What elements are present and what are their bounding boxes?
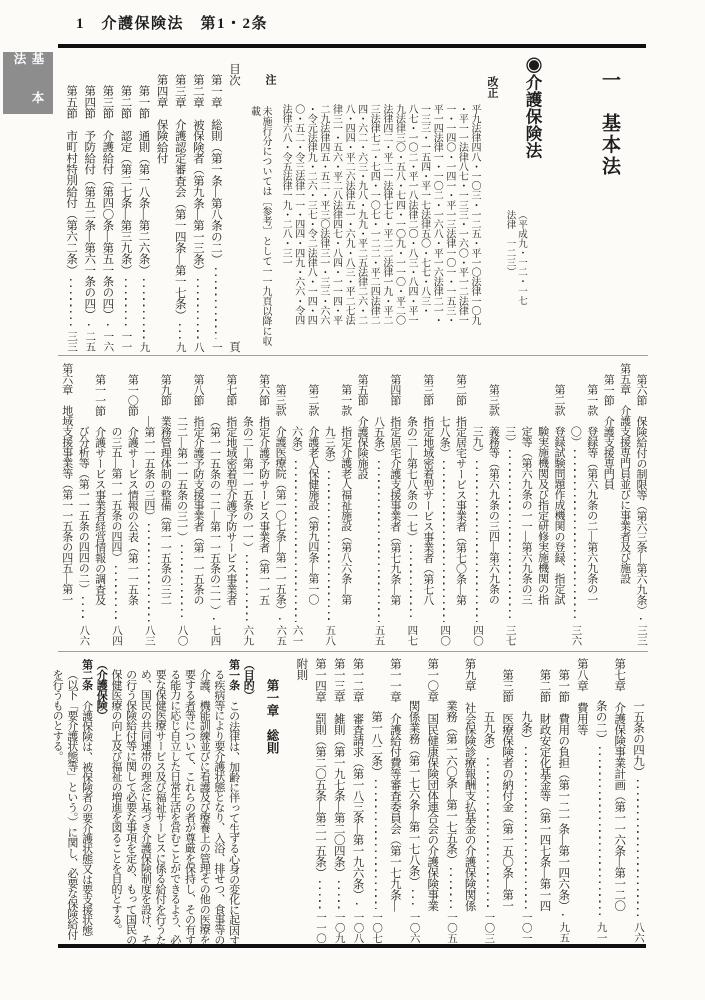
toc-column: 第二款 介護老人保健施設（第九四条―第一〇: [304, 363, 320, 646]
toc-page-number: 一一〇: [310, 912, 329, 944]
amendment-column: 律三一・五六・平二八法律四七・八四・一一四・平: [329, 104, 342, 334]
band-divider: [58, 355, 648, 356]
column-text: 第一章 総則（第一条―第八条の二）: [207, 74, 225, 264]
toc-column: 九三条）五八: [321, 363, 337, 646]
toc-page-number: 一〇一: [516, 912, 535, 944]
toc-column: （第一一五条の一二―第一一五条の二一）七四: [206, 363, 222, 646]
column-text: （以下「要介護状態等」という。）に関し、必要な保険給付: [64, 669, 79, 939]
toc-page-number: 五八: [321, 625, 337, 646]
column-text: 保健医療の向上及び福祉の増進を図ることを目的とする。: [108, 669, 123, 934]
toc-column: 第五節 市町村特別給付（第六二条）三三: [62, 63, 80, 352]
toc-column: 七八条）四〇: [436, 363, 452, 646]
column-text: 第三節 医療保険者の納付金（第一五〇条―第一: [497, 669, 516, 911]
column-text: 第一四章 罰則（第二〇五条―第二一五条）: [310, 658, 329, 878]
column-text: 第一款 登録等（第六九条の二―第六九条の一: [583, 384, 599, 605]
column-text: 要する者等について、これらの者が尊厳を保持し、その有す: [182, 669, 197, 944]
column-text: 第四節 指定居宅介護支援事業者（第七九条―第: [387, 374, 403, 605]
toc-column: 第二章 被保険者（第九条―第一三条）八: [189, 63, 207, 352]
column-text: 九法律三〇・五八・七四・一〇九・一一〇・平二〇: [392, 104, 405, 325]
toc-column: 第五章 介護支援専門員並びに事業者及び施設: [616, 363, 632, 646]
column-text: 第一三章 雑則（第一九七条―第二〇四条）: [329, 658, 348, 878]
column-text: 第二款 登録試験問題作成機関の登録、指定試: [551, 384, 567, 605]
column-text: ・平一一法律八七・一三三・一六〇・平一二法律一: [455, 104, 468, 325]
toc-page-number: 四〇: [469, 625, 485, 646]
column-text: 第一八二条）: [366, 711, 385, 777]
column-text: 平九法律四八・一〇三・一二五・平一〇法律一〇九: [467, 104, 480, 325]
dotted-leader: [288, 461, 304, 623]
toc-page-number: 九一: [591, 922, 610, 943]
column-text: 第一〇節 介護サービス情報の公表（第一一五条: [124, 374, 140, 605]
column-text: 第一〇章 国民健康保険団体連合会の介護保険事業: [423, 658, 442, 911]
article-line: 要な保健医療サービス及び福祉サービスに係る給付を行うた: [152, 659, 167, 942]
toc-page-number: 一〇八: [348, 912, 367, 944]
column-text: る能力に応じ自立した日常生活を営むことができるよう、必: [167, 669, 182, 944]
toc-column: 定等（第六九条の一一―第六九条の三: [518, 363, 534, 646]
dotted-leader: [173, 545, 189, 623]
band-divider: [58, 651, 648, 652]
amendment-column: 二九法律四五・五二・平三〇法律三一・三三・六六: [316, 104, 329, 334]
articles-text: 第一章 総則（目的）第一条 この法律は、加齢に伴って生ずる心身の変化に起因する疾…: [56, 659, 290, 942]
toc-column: 三）三七: [501, 363, 517, 646]
toc-column: 〇）三六: [567, 363, 583, 646]
toc-page-number: 八六: [628, 922, 647, 943]
dotted-leader: [633, 618, 649, 622]
article-line: 要する者等について、これらの者が尊厳を保持し、その有す: [182, 659, 197, 942]
toc-band-1: 目次 頁 第一章 総則（第一条―第八条の二）一第二章 被保険者（第九条―第一三条…: [60, 63, 243, 352]
dotted-leader: [553, 914, 572, 920]
dotted-leader: [516, 747, 535, 909]
column-text: 第三章 介護認定審査会（第一四条―第一七条）: [171, 74, 189, 320]
dotted-leader: [62, 279, 80, 328]
toc-page-number: 一一: [116, 331, 134, 352]
column-text: 法律四二・平二一法律七七・平二二法律一九・平二: [379, 104, 392, 325]
amendment-column: 法律四二・平二一法律七七・平二二法律一九・平二: [379, 104, 392, 334]
toc-column: 第七節 指定地域密着型介護予防サービス事業者: [222, 363, 238, 646]
toc-column: 第三節 指定地域密着型サービス事業者（第七八: [419, 363, 435, 646]
toc-column: 第一款 登録等（第六九条の二―第六九条の一: [583, 363, 599, 646]
toc-column: 第一節 費用の負担（第一二一条―第一四六条）九五: [553, 658, 572, 943]
toc-column: 第一二章 審査請求（第一八三条―第一九六条）一〇八: [348, 658, 367, 943]
column-text: 附則: [292, 658, 311, 680]
column-text: 第八節 指定介護予防支援事業者（第一一五条の: [190, 374, 206, 605]
column-text: 六条）: [288, 426, 304, 458]
amendment-column: 法律六八・令五法律一九・二八・三一: [279, 104, 292, 334]
toc-page-number: 六九: [239, 625, 255, 646]
column-text: を行うものとする。: [49, 669, 64, 761]
column-text: 第三款 義務等（第六九条の三四―第六九条の: [485, 384, 501, 605]
toc-page-number: 一六: [98, 331, 116, 352]
article-line: （以下「要介護状態等」という。）に関し、必要な保険給付: [64, 659, 79, 942]
amendment-column: 一三三・一五四・平一七法律五〇・七七・八三・: [417, 104, 430, 334]
column-text: 第五節 介護保険施設: [354, 374, 370, 479]
dotted-leader: [567, 450, 583, 622]
toc-column: 第三款 義務等（第六九条の三四―第六九条の: [485, 363, 501, 646]
toc-page-number: 二五: [80, 331, 98, 352]
toc-column: 第一〇章 国民健康保険団体連合会の介護保険事業: [423, 658, 442, 943]
toc-page-number: 八六: [75, 625, 91, 646]
column-text: 第二節 財政安定化基金等（第一四七条―第一四: [535, 669, 554, 911]
toc-column: 第七章 介護保険事業計画（第一一六条―第一二〇: [610, 658, 629, 943]
toc-page-number: 六一: [288, 625, 304, 646]
toc-column: 第三款 介護医療院（第一〇七条―第一一五条）六五: [272, 363, 288, 646]
toc-page-number: 四〇: [436, 625, 452, 646]
toc-page-number: 一〇三: [479, 912, 498, 944]
column-text: 一・一四〇・一四一・平一三法律一〇一・一五三・: [442, 104, 455, 325]
column-text: 第三節 指定地域密着型サービス事業者（第七八: [419, 374, 435, 605]
toc-column: 第一三章 雑則（第一九七条―第二〇四条）一〇九: [329, 658, 348, 943]
toc-column: 条の二―第七八条の一七）四七: [403, 363, 419, 646]
column-text: 一三三・一五四・平一七法律五〇・七七・八三・: [417, 104, 430, 315]
footer-rule: [58, 944, 646, 948]
dotted-leader: [403, 545, 419, 623]
column-text: 第二節 指定居宅サービス事業者（第七〇条―第: [452, 374, 468, 605]
column-text: め、国民の共同連帯の理念に基づき介護保険制度を設け、そ: [138, 669, 153, 944]
toc-page-number: 一〇五: [441, 912, 460, 944]
article-line: を行うものとする。: [49, 659, 64, 942]
toc-page-number: 七四: [206, 625, 222, 646]
dotted-leader: [239, 555, 255, 622]
law-title: ◉介護保険法: [520, 57, 544, 159]
column-text: 三九）: [469, 426, 485, 458]
dotted-leader: [207, 268, 225, 339]
column-text: 要な保健医療サービス及び福祉サービスに係る給付を行うた: [152, 669, 167, 944]
toc-page-number: 八: [189, 342, 207, 353]
dotted-leader: [321, 471, 337, 622]
column-text: の三五―第一一五条の四四）: [108, 426, 124, 563]
column-text: 第一一章 介護給付費等審査委員会（第一七九条―: [385, 658, 404, 911]
toc-column: 第九章 社会保険診療報酬支払基金の介護保険関係: [460, 658, 479, 943]
dotted-leader: [140, 524, 156, 623]
column-text: 三）: [501, 426, 517, 447]
toc-column: 八五条）五五: [370, 363, 386, 646]
column-text: ―第一一五条の三四）: [140, 416, 156, 521]
toc-column: 関係業務（第一七六条―第一七八条）一〇六: [404, 658, 423, 943]
column-text: 験実施機関及び指定研修実施機関の指: [534, 426, 550, 605]
column-text: 第五章 介護支援専門員並びに事業者及び施設: [616, 363, 632, 584]
column-text: 一五条の四九）: [628, 700, 647, 777]
column-text: 二九法律四五・五二・平三〇法律三一・三三・六六: [316, 104, 329, 325]
dotted-leader: [628, 780, 647, 919]
note-label: 注: [262, 74, 278, 85]
toc-title-column: 目次 頁: [225, 63, 243, 352]
article-number: 第一条: [226, 659, 241, 690]
toc-column: 条の二―第一一五条の一一）六九: [239, 363, 255, 646]
toc-title-spacer: [225, 85, 243, 340]
column-text: この法律は、加齢に伴って生ずる心身の変化に起因す: [226, 690, 241, 945]
toc-column: 第四章 保険給付: [153, 63, 171, 352]
chapter-heading: 第一章 総則: [264, 659, 279, 942]
toc-page-number: 一〇九: [329, 912, 348, 944]
column-text: 律三一・五六・平二八法律四七・八四・一一四・平: [329, 104, 342, 325]
toc-column: 第四節 指定居宅介護支援事業者（第七九条―第: [387, 363, 403, 646]
column-text: 第七節 指定地域密着型介護予防サービス事業者: [222, 374, 238, 605]
toc-column: 第一四章 罰則（第二〇五条―第二一五条）一一〇: [310, 658, 329, 943]
column-text: 第二章 被保険者（第九条―第一三条）: [189, 74, 207, 276]
column-text: 第二款 介護老人保健施設（第九四条―第一〇: [304, 384, 320, 605]
toc-band-3: 一五条の四九）八六第七章 介護保険事業計画（第一一六条―第一二〇条の二）九一第八…: [290, 658, 647, 943]
toc-column: 第一章 総則（第一条―第八条の二）一: [207, 63, 225, 352]
toc-page-number: 一〇六: [404, 912, 423, 944]
dotted-leader: [348, 903, 367, 909]
column-text: 法律六八・令五法律一九・二八・三一: [279, 104, 292, 267]
page-header: 1 介護保険法 第1・2条: [76, 12, 268, 33]
column-text: 第五節 市町村特別給付（第六二条）: [62, 85, 80, 275]
dotted-leader: [370, 461, 386, 623]
dotted-leader: [98, 324, 116, 328]
column-text: 条の二）: [591, 700, 610, 744]
book-page: 1 介護保険法 第1・2条 基 本 法 一 基本法 ◉介護保険法 （平成九・一二…: [0, 0, 705, 1000]
dotted-leader: [116, 279, 134, 328]
toc-column: 一五条の四九）八六: [628, 658, 647, 943]
column-text: 定等（第六九条の一一―第六九条の三: [518, 426, 534, 605]
toc-column: 三九）四〇: [469, 363, 485, 646]
toc-column: 第三章 介護認定審査会（第一四条―第一七条）九: [171, 63, 189, 352]
dotted-leader: [80, 324, 98, 328]
dotted-leader: [591, 747, 610, 919]
column-text: 介護、機能訓練並びに看護及び療養上の管理その他の医療を: [196, 669, 211, 944]
toc-page-number: 三三: [62, 331, 80, 352]
toc-column: 五九条）一〇三: [479, 658, 498, 943]
column-text: 第一節 通則（第一八条―第二六条）: [134, 85, 152, 275]
law-number-annotation: （平成九・一二・一七 法律 一二三）: [503, 210, 526, 342]
dotted-leader: [436, 461, 452, 623]
column-text: 八七・一〇二・平一八法律二〇・八三・八四・平一: [404, 104, 417, 325]
toc-column: 第六節 指定介護予防サービス事業者（第一一五: [255, 363, 271, 646]
column-text: 第四節 予防給付（第五二条―第六一条の四）: [80, 85, 98, 320]
article-line: 第一条 この法律は、加齢に伴って生ずる心身の変化に起因す: [226, 659, 241, 942]
dotted-leader: [329, 881, 348, 909]
toc-column: 二二―第一一五条の三一）八〇: [173, 363, 189, 646]
toc-page-number: 五五: [370, 625, 386, 646]
column-text: 四・六二・六三・九八・九九・平二五法律二六・二: [354, 104, 367, 325]
column-text: 第一二章 審査請求（第一八三条―第一九六条）: [348, 658, 367, 900]
toc-column: 条の二）九一: [591, 658, 610, 943]
toc-page-number: 八三: [140, 625, 156, 646]
column-text: ・令元法律九・二六・三七・令二法律八・一四・四: [304, 104, 317, 325]
dotted-leader: [272, 618, 288, 622]
toc-column: 第四節 予防給付（第五二条―第六一条の四）二五: [80, 63, 98, 352]
column-text: 平一四法律一・一〇二・一六八・平一六法律二一・: [430, 104, 443, 325]
toc-column: 第九節 業務管理体制の整備（第一一五条の三二: [157, 363, 173, 646]
law-number: 法律 一二三）: [503, 210, 515, 342]
column-text: 業務（第一六〇条―第一七五条）: [441, 700, 460, 865]
amendments-list: 平九法律四八・一〇三・一二五・平一〇法律一〇九・平一一法律八七・一三三・一六〇・…: [278, 104, 480, 334]
dotted-leader: [441, 868, 460, 909]
column-text: 第三節 介護給付（第四〇条―第五一条の四）: [98, 85, 116, 320]
article-line: 第二条 介護保険は、被保険者の要介護状態又は要支援状態: [79, 659, 94, 942]
column-text: 第一章 総則: [264, 679, 279, 754]
amendment-column: 三法律七二・七四・一〇七・一二二・平二四法律二: [367, 104, 380, 334]
amendment-column: 八七・一〇二・平一八法律二〇・八三・八四・平一: [404, 104, 417, 334]
article-number: 第二条: [79, 659, 94, 690]
toc-page-number: 九: [171, 342, 189, 353]
toc-column: 第二節 財政安定化基金等（第一四七条―第一四: [535, 658, 554, 943]
toc-page-number: 三三: [633, 625, 649, 646]
column-text: 第九章 社会保険診療報酬支払基金の介護保険関係: [460, 658, 479, 911]
column-text: 〇）: [567, 426, 583, 447]
column-text: る疾病等により要介護状態となり、入浴、排せつ、食事等の: [211, 669, 226, 944]
column-text: 二二―第一一五条の三一）: [173, 416, 189, 542]
toc-page-number: 九: [134, 342, 152, 353]
toc-column: 第二節 認定（第二七条―第三九条）一一: [116, 63, 134, 352]
toc-column: 第三節 医療保険者の納付金（第一五〇条―第一: [497, 658, 516, 943]
toc-column: び分析等（第一一五条の四四の二）八六: [75, 363, 91, 646]
amendment-column: 平九法律四八・一〇三・一二五・平一〇法律一〇九: [467, 104, 480, 334]
article-line: の行う保険給付等に関して必要な事項を定め、もって国民の: [123, 659, 138, 942]
column-text: （介護保険）: [94, 659, 109, 720]
article-line: め、国民の共同連帯の理念に基づき介護保険制度を設け、そ: [138, 659, 153, 942]
toc-page-number: 三六: [567, 625, 583, 646]
toc-column: 第一節 通則（第一八条―第二六条）九: [134, 63, 152, 352]
toc-page-number: 一: [207, 342, 225, 353]
toc-page-number: 八〇: [173, 625, 189, 646]
column-text: 条の二―第七八条の一七）: [403, 416, 419, 542]
part-title: 一 基本法: [596, 70, 623, 178]
column-text: 条の二―第一一五条の一一）: [239, 416, 255, 553]
dotted-leader: [189, 279, 207, 339]
toc-column: 第二款 登録試験問題作成機関の登録、指定試: [551, 363, 567, 646]
toc-column: 第八節 指定介護予防支援事業者（第一一五条の: [190, 363, 206, 646]
column-text: 第二節 認定（第二七条―第三九条）: [116, 85, 134, 275]
amendment-column: 〇・五二・令三法律一一・四四・四九・六六・令四: [291, 104, 304, 334]
amendment-column: 八・四四・平二六法律五一・六九・八三・平二七法: [341, 104, 354, 334]
column-text: 八・四四・平二六法律五一・六九・八三・平二七法: [341, 104, 354, 325]
toc-column: 第八章 費用等: [572, 658, 591, 943]
column-text: 八五条）: [370, 416, 386, 458]
column-text: 〇・五二・令三法律一一・四四・四九・六六・令四: [291, 104, 304, 325]
amendment-column: 九法律三〇・五八・七四・一〇九・一一〇・平二〇: [392, 104, 405, 334]
toc-page-number: 四七: [403, 625, 419, 646]
toc-page-number: 一〇七: [366, 912, 385, 944]
amendment-column: ・平一一法律八七・一三三・一六〇・平一二法律一: [455, 104, 468, 334]
article-line: （目的）: [241, 659, 256, 942]
toc-column: 第一一節 介護サービス事業者経営情報の調査及: [91, 363, 107, 646]
amendment-column: 平一四法律一・一〇二・一六八・平一六法律二一・: [430, 104, 443, 334]
dotted-leader: [366, 780, 385, 909]
column-text: 第四章 保険給付: [153, 74, 171, 164]
column-text: 第一款 指定介護老人福祉施設（第八六条―第: [337, 384, 353, 605]
column-text: 第三款 介護医療院（第一〇七条―第一一五条）: [272, 384, 288, 615]
header-rule: [58, 44, 646, 48]
column-text: 関係業務（第一七六条―第一七八条）: [404, 700, 423, 887]
dotted-leader: [134, 279, 152, 339]
dotted-leader: [501, 450, 517, 622]
column-text: 第九節 業務管理体制の整備（第一一五条の三二: [157, 374, 173, 605]
toc-column: 第六節 保険給付の制限等（第六三条―第六九条）三三: [633, 363, 649, 646]
toc-band-2: 第六節 保険給付の制限等（第六三条―第六九条）三三第五章 介護支援専門員並びに事…: [57, 363, 649, 646]
toc-column: 附則: [292, 658, 311, 943]
column-text: 三法律七二・七四・一〇七・一二二・平二四法律二: [367, 104, 380, 325]
toc-column: 第一一章 介護給付費等審査委員会（第一七九条―: [385, 658, 404, 943]
column-text: 第六章 地域支援事業等（第一一五条の四五―第一: [58, 363, 74, 605]
toc-column: ―第一一五条の三四）八三: [140, 363, 156, 646]
toc-column: 第一八二条）一〇七: [366, 658, 385, 943]
toc-column: 六条）六一: [288, 363, 304, 646]
article-line: 介護、機能訓練並びに看護及び療養上の管理その他の医療を: [196, 659, 211, 942]
column-text: 第一一節 介護サービス事業者経営情報の調査及: [91, 374, 107, 605]
column-text: 第八章 費用等: [572, 658, 591, 735]
article-line: る疾病等により要介護状態となり、入浴、排せつ、食事等の: [211, 659, 226, 942]
toc-column: 第一節 介護支援専門員: [600, 363, 616, 646]
column-text: （第一一五条の一二―第一一五条の二一）: [206, 416, 222, 616]
toc-page-number: 九五: [553, 922, 572, 943]
side-tab-basic-law: 基 本 法: [3, 52, 53, 114]
dotted-leader: [206, 618, 222, 622]
toc-column: 第二節 指定居宅サービス事業者（第七〇条―第: [452, 363, 468, 646]
article-line: 保健医療の向上及び福祉の増進を図ることを目的とする。: [108, 659, 123, 942]
toc-column: 第五節 介護保険施設: [354, 363, 370, 646]
toc-title: 目次: [225, 63, 243, 85]
article-line: （介護保険）: [94, 659, 109, 942]
toc-page-number: 六五: [272, 625, 288, 646]
dotted-leader: [171, 324, 189, 339]
side-tab-label: 基 本 法: [10, 52, 46, 114]
law-date: （平成九・一二・一七: [515, 210, 527, 342]
note-text: 未施行分については〔参考〕として一一九頁以降に収載: [245, 106, 271, 346]
amendments-label: 改正: [484, 76, 500, 98]
toc-column: の三五―第一一五条の四四）八四: [108, 363, 124, 646]
dotted-leader: [310, 881, 329, 909]
toc-column: 第三節 介護給付（第四〇条―第五一条の四）一六: [98, 63, 116, 352]
dotted-leader: [404, 890, 423, 909]
toc-column: 験実施機関及び指定研修実施機関の指: [534, 363, 550, 646]
column-text: 第一節 介護支援専門員: [600, 374, 616, 490]
toc-column: 九条）一〇一: [516, 658, 535, 943]
amendment-column: ・令元法律九・二六・三七・令二法律八・一四・四: [304, 104, 317, 334]
toc-column: 第一〇節 介護サービス情報の公表（第一一五条: [124, 363, 140, 646]
dotted-leader: [75, 597, 91, 622]
column-text: 七八条）: [436, 416, 452, 458]
column-text: （目的）: [241, 659, 256, 700]
column-text: 介護保険は、被保険者の要介護状態又は要支援状態: [79, 690, 94, 935]
column-text: 第六節 保険給付の制限等（第六三条―第六九条）: [633, 374, 649, 616]
toc-page-column-label: 頁: [225, 341, 243, 352]
column-text: 五九条）: [479, 711, 498, 755]
column-text: び分析等（第一一五条の四四の二）: [75, 426, 91, 594]
column-text: の行う保険給付等に関して必要な事項を定め、もって国民の: [123, 669, 138, 944]
column-text: 九三条）: [321, 426, 337, 468]
dotted-leader: [469, 461, 485, 623]
toc-column: 第一款 指定介護老人福祉施設（第八六条―第: [337, 363, 353, 646]
amendment-column: 一・一四〇・一四一・平一三法律一〇一・一五三・: [442, 104, 455, 334]
dotted-leader: [108, 566, 124, 623]
column-text: 九条）: [516, 711, 535, 744]
toc-column: 業務（第一六〇条―第一七五条）一〇五: [441, 658, 460, 943]
column-text: 第六節 指定介護予防サービス事業者（第一一五: [255, 374, 271, 605]
column-text: 第七章 介護保険事業計画（第一一六条―第一二〇: [610, 658, 629, 911]
column-text: 第一節 費用の負担（第一二一条―第一四六条）: [553, 669, 572, 911]
toc-column: 第六章 地域支援事業等（第一一五条の四五―第一: [58, 363, 74, 646]
article-line: る能力に応じ自立した日常生活を営むことができるよう、必: [167, 659, 182, 942]
toc-page-number: 三七: [501, 625, 517, 646]
dotted-leader: [479, 758, 498, 909]
toc-page-number: 八四: [108, 625, 124, 646]
amendment-column: 四・六二・六三・九八・九九・平二五法律二六・二: [354, 104, 367, 334]
